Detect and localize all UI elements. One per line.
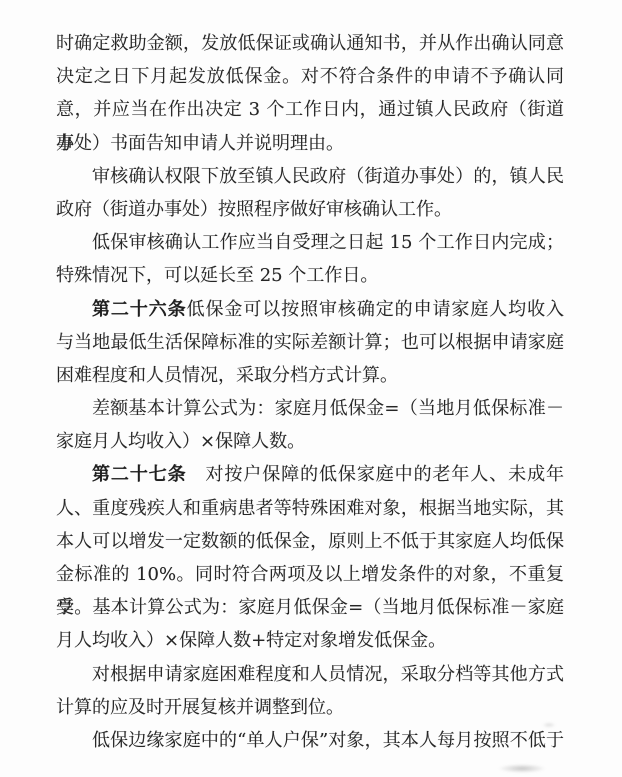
line-text: 家庭月人均收入）×保障人数。 bbox=[56, 431, 305, 452]
line-text: 人、重度残疾人和重病患者等特殊困难对象，根据当地实际，其 bbox=[56, 498, 564, 519]
text-line: 低保审核确认工作应当自受理之日起 15 个工作日内完成； bbox=[56, 226, 564, 259]
text-line: 决定之日下月起发放低保金。对不符合条件的申请不予确认同 bbox=[56, 60, 564, 93]
scanned-document-page: 时确定救助金额，发放低保证或确认通知书，并从作出确认同意决定之日下月起发放低保金… bbox=[0, 0, 622, 777]
text-line: 特殊情况下，可以延长至 25 个工作日。 bbox=[56, 259, 564, 292]
line-text: 困难程度和人员情况，采取分档方式计算。 bbox=[56, 365, 398, 386]
text-line: 对根据申请家庭困难程度和人员情况，采取分档等其他方式 bbox=[56, 658, 564, 691]
line-text: 低保边缘家庭中的“单人户保”对象，其本人每月按照不低于 bbox=[92, 730, 564, 751]
document-text-block: 时确定救助金额，发放低保证或确认通知书，并从作出确认同意决定之日下月起发放低保金… bbox=[56, 27, 564, 757]
line-text: 政府（街道办事处）按照程序做好审核确认工作。 bbox=[56, 199, 452, 220]
text-line: 意，并应当在作出决定 3 个工作日内，通过镇人民政府（街道办 bbox=[56, 93, 564, 126]
article-number: 第二十六条 bbox=[92, 299, 187, 320]
text-line: 月人均收入）×保障人数+特定对象增发低保金。 bbox=[56, 624, 564, 657]
line-text: 月人均收入）×保障人数+特定对象增发低保金。 bbox=[56, 630, 446, 651]
line-text: 事处）书面告知申请人并说明理由。 bbox=[56, 133, 344, 154]
text-line: 时确定救助金额，发放低保证或确认通知书，并从作出确认同意 bbox=[56, 27, 564, 60]
article-number: 第二十七条 bbox=[92, 464, 187, 485]
line-text: 本人可以增发一定数额的低保金，原则上不低于其家庭人均低保 bbox=[56, 531, 564, 552]
line-text: 差额基本计算公式为：家庭月低保金=（当地月低保标准－ bbox=[92, 398, 564, 419]
line-text: 低保金可以按照审核确定的申请家庭人均收入 bbox=[187, 299, 564, 320]
text-line: 审核确认权限下放至镇人民政府（街道办事处）的，镇人民 bbox=[56, 160, 564, 193]
text-line: 低保边缘家庭中的“单人户保”对象，其本人每月按照不低于 bbox=[56, 724, 564, 757]
line-text: 受。基本计算公式为：家庭月低保金=（当地月低保标准－家庭 bbox=[56, 597, 564, 618]
line-text: 决定之日下月起发放低保金。对不符合条件的申请不予确认同 bbox=[56, 66, 564, 87]
text-line: 差额基本计算公式为：家庭月低保金=（当地月低保标准－ bbox=[56, 392, 564, 425]
text-line: 事处）书面告知申请人并说明理由。 bbox=[56, 127, 564, 160]
text-line: 第二十七条 对按户保障的低保家庭中的老年人、未成年 bbox=[56, 458, 564, 491]
text-line: 政府（街道办事处）按照程序做好审核确认工作。 bbox=[56, 193, 564, 226]
scan-smudge-artifact bbox=[542, 722, 556, 728]
text-line: 第二十六条低保金可以按照审核确定的申请家庭人均收入 bbox=[56, 293, 564, 326]
text-line: 计算的应及时开展复核并调整到位。 bbox=[56, 691, 564, 724]
scan-smudge-artifact bbox=[498, 764, 546, 773]
text-line: 家庭月人均收入）×保障人数。 bbox=[56, 425, 564, 458]
text-line: 本人可以增发一定数额的低保金，原则上不低于其家庭人均低保 bbox=[56, 525, 564, 558]
line-text: 对按户保障的低保家庭中的老年人、未成年 bbox=[187, 464, 564, 485]
line-text: 特殊情况下，可以延长至 25 个工作日。 bbox=[56, 265, 378, 286]
text-line: 人、重度残疾人和重病患者等特殊困难对象，根据当地实际，其 bbox=[56, 492, 564, 525]
line-text: 低保审核确认工作应当自受理之日起 15 个工作日内完成； bbox=[92, 232, 564, 253]
line-text: 对根据申请家庭困难程度和人员情况，采取分档等其他方式 bbox=[92, 664, 564, 685]
line-text: 计算的应及时开展复核并调整到位。 bbox=[56, 697, 344, 718]
text-line: 与当地最低生活保障标准的实际差额计算；也可以根据申请家庭 bbox=[56, 326, 564, 359]
text-line: 受。基本计算公式为：家庭月低保金=（当地月低保标准－家庭 bbox=[56, 591, 564, 624]
text-line: 困难程度和人员情况，采取分档方式计算。 bbox=[56, 359, 564, 392]
line-text: 时确定救助金额，发放低保证或确认通知书，并从作出确认同意 bbox=[56, 33, 564, 54]
line-text: 与当地最低生活保障标准的实际差额计算；也可以根据申请家庭 bbox=[56, 332, 564, 353]
text-line: 金标准的 10%。同时符合两项及以上增发条件的对象，不重复享 bbox=[56, 558, 564, 591]
line-text: 审核确认权限下放至镇人民政府（街道办事处）的，镇人民 bbox=[92, 166, 564, 187]
